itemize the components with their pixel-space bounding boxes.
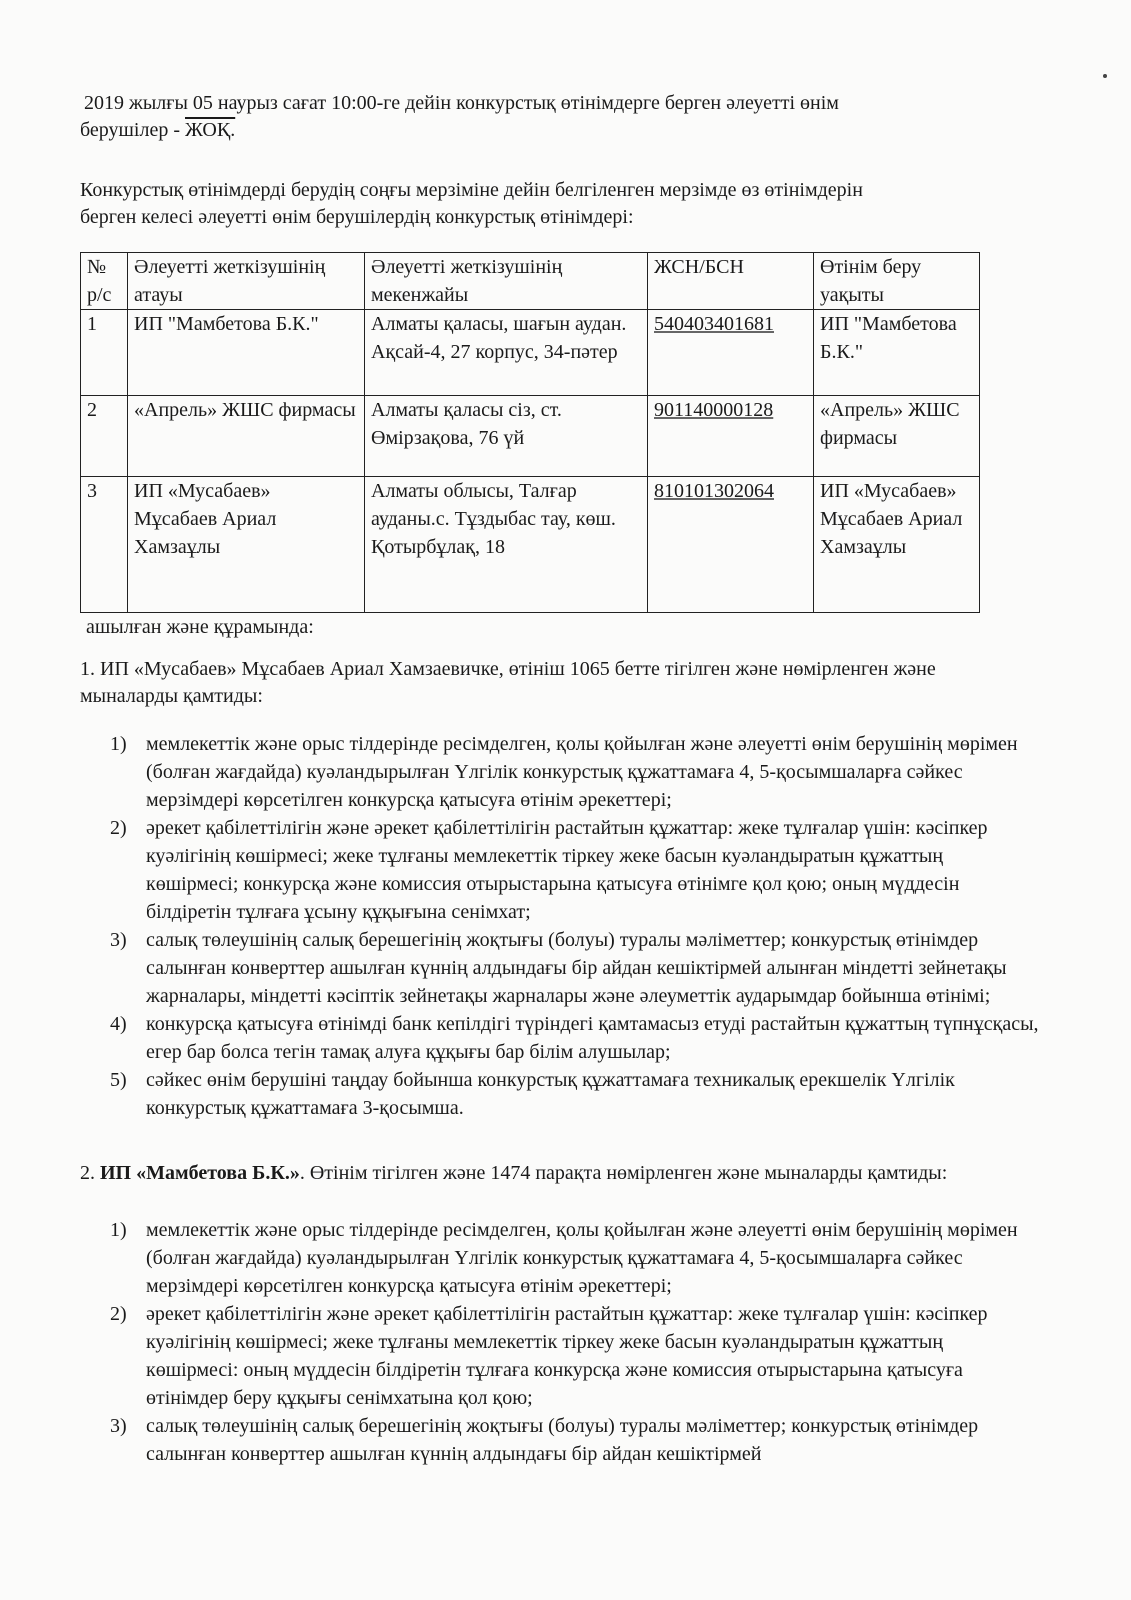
item-text: салық төлеушінің салық берешегінің жоқты… — [146, 1412, 1040, 1468]
intro-paragraph: 2019 жылғы 05 наурыз сағат 10:00-ге дейі… — [80, 90, 1040, 144]
item-number: 2) — [110, 814, 146, 926]
item-number: 1) — [110, 1216, 146, 1300]
row-time: «Апрель» ЖШС фирмасы — [814, 396, 980, 477]
list-item: 1)мемлекеттік және орыс тілдерінде ресім… — [110, 1216, 1040, 1300]
intro-prefix: берушілер - — [80, 119, 185, 141]
intro-line-2: берушілер - ЖОҚ. — [80, 117, 1040, 144]
header-iin: ЖСН/БСН — [648, 253, 814, 310]
section-2-supplier: ИП «Мамбетова Б.К.» — [100, 1162, 300, 1184]
item-text: әрекет қабілеттілігін және әрекет қабіле… — [146, 814, 1040, 926]
item-text: әрекет қабілеттілігін және әрекет қабіле… — [146, 1300, 1040, 1412]
header-time: Өтінім беру уақыты — [814, 253, 980, 310]
item-text: сәйкес өнім берушіні таңдау бойынша конк… — [146, 1066, 1040, 1122]
row-name: ИП «Мусабаев» Мұсабаев Ариал Хамзаұлы — [128, 477, 365, 613]
item-text: мемлекеттік және орыс тілдерінде ресімде… — [146, 730, 1040, 814]
row-name: «Апрель» ЖШС фирмасы — [128, 396, 365, 477]
list-item: 4)конкурсқа қатысуға өтінімді банк кепіл… — [110, 1010, 1040, 1066]
none-value: ЖОҚ. — [185, 119, 235, 141]
list-item: 3)салық төлеушінің салық берешегінің жоқ… — [110, 1412, 1040, 1468]
lead-line-2: берген келесі әлеуетті өнім берушілердің… — [80, 204, 1040, 231]
item-number: 5) — [110, 1066, 146, 1122]
item-number: 2) — [110, 1300, 146, 1412]
row-name: ИП "Мамбетова Б.К." — [128, 310, 365, 396]
table-header-row: № р/с Әлеуетті жеткізушінің атауы Әлеует… — [81, 253, 980, 310]
section-1-title: 1. ИП «Мусабаев» Мұсабаев Ариал Хамзаеви… — [80, 656, 1020, 710]
header-no: № р/с — [81, 253, 128, 310]
table-row: 1 ИП "Мамбетова Б.К." Алматы қаласы, шағ… — [81, 310, 980, 396]
header-name: Әлеуетті жеткізушінің атауы — [128, 253, 365, 310]
lead-line-1: Конкурстық өтінімдерді берудің соңғы мер… — [80, 177, 1040, 204]
row-no: 3 — [81, 477, 128, 613]
item-number: 4) — [110, 1010, 146, 1066]
item-number: 3) — [110, 926, 146, 1010]
item-number: 1) — [110, 730, 146, 814]
row-time: ИП "Мамбетова Б.К." — [814, 310, 980, 396]
row-address: Алматы қаласы сіз, ст. Өмірзақова, 76 үй — [365, 396, 648, 477]
suppliers-table: № р/с Әлеуетті жеткізушінің атауы Әлеует… — [80, 252, 980, 613]
row-iin: 810101302064 — [654, 480, 774, 502]
intro-line-1: 2019 жылғы 05 наурыз сағат 10:00-ге дейі… — [80, 90, 1040, 117]
list-item: 5)сәйкес өнім берушіні таңдау бойынша ко… — [110, 1066, 1040, 1122]
row-iin: 540403401681 — [654, 313, 774, 335]
lead-paragraph: Конкурстық өтінімдерді берудің соңғы мер… — [80, 177, 1040, 231]
row-address: Алматы қаласы, шағын аудан. Ақсай-4, 27 … — [365, 310, 648, 396]
row-no: 2 — [81, 396, 128, 477]
section-2-title: 2. ИП «Мамбетова Б.К.». Өтінім тігілген … — [80, 1160, 1000, 1187]
section-1-list: 1)мемлекеттік және орыс тілдерінде ресім… — [110, 730, 1040, 1122]
item-text: конкурсқа қатысуға өтінімді банк кепілді… — [146, 1010, 1040, 1066]
list-item: 1)мемлекеттік және орыс тілдерінде ресім… — [110, 730, 1040, 814]
list-item: 2)әрекет қабілеттілігін және әрекет қабі… — [110, 814, 1040, 926]
scan-speck — [1103, 74, 1107, 78]
table-row: 3 ИП «Мусабаев» Мұсабаев Ариал Хамзаұлы … — [81, 477, 980, 613]
item-text: мемлекеттік және орыс тілдерінде ресімде… — [146, 1216, 1040, 1300]
section-2-number: 2. — [80, 1162, 95, 1184]
header-address: Әлеуетті жеткізушінің мекенжайы — [365, 253, 648, 310]
table-row: 2 «Апрель» ЖШС фирмасы Алматы қаласы сіз… — [81, 396, 980, 477]
list-item: 2)әрекет қабілеттілігін және әрекет қабі… — [110, 1300, 1040, 1412]
opened-label: ашылған және құрамында: — [86, 614, 1046, 641]
section-2-list: 1)мемлекеттік және орыс тілдерінде ресім… — [110, 1216, 1040, 1468]
row-time: ИП «Мусабаев» Мұсабаев Ариал Хамзаұлы — [814, 477, 980, 613]
item-number: 3) — [110, 1412, 146, 1468]
section-2-text: . Өтінім тігілген және 1474 парақта нөмі… — [300, 1162, 947, 1184]
item-text: салық төлеушінің салық берешегінің жоқты… — [146, 926, 1040, 1010]
row-iin: 901140000128 — [654, 399, 773, 421]
row-address: Алматы облысы, Талғар ауданы.с. Тұздыбас… — [365, 477, 648, 613]
row-no: 1 — [81, 310, 128, 396]
list-item: 3)салық төлеушінің салық берешегінің жоқ… — [110, 926, 1040, 1010]
